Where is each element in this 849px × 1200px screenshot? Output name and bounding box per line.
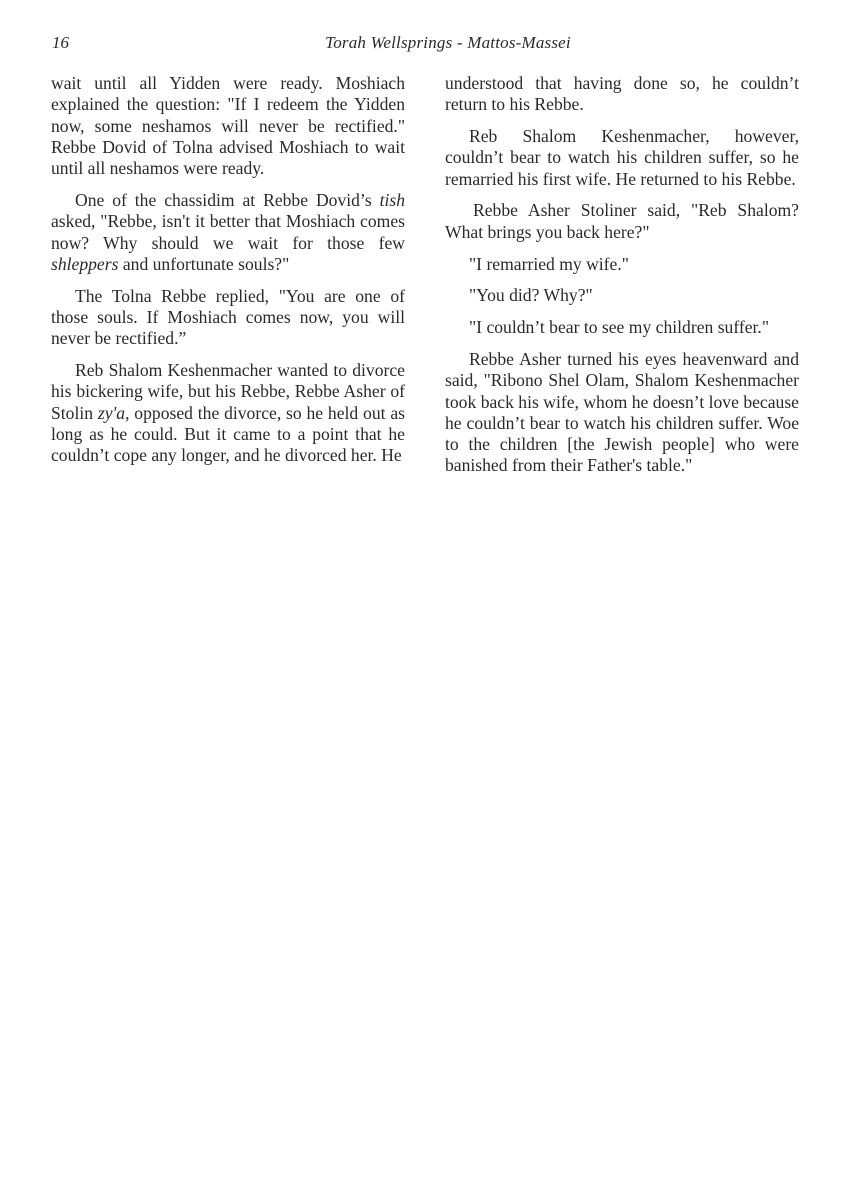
running-header: 16 Torah Wellsprings - Mattos-Massei (50, 33, 800, 59)
paragraph-dialog-3: "I couldn’t bear to see my children suff… (445, 317, 799, 338)
paragraph-continuation: understood that having done so, he could… (445, 73, 799, 116)
paragraph-tolna-reply: The Tolna Rebbe replied, "You are one of… (51, 286, 405, 350)
left-column: wait until all Yidden were ready. Moshia… (51, 73, 405, 477)
paragraph-continuation: wait until all Yidden were ready. Moshia… (51, 73, 405, 179)
paragraph-chassid-question: One of the chassidim at Rebbe Dovid’s ti… (51, 190, 405, 275)
right-column: understood that having done so, he could… (445, 73, 799, 487)
paragraph-remarried: Reb Shalom Keshenmacher, however, couldn… (445, 126, 799, 190)
text-span: One of the chassidim at Rebbe Dovid’s (75, 190, 380, 210)
paragraph-keshenmacher-story: Reb Shalom Keshenmacher wanted to divorc… (51, 360, 405, 466)
book-title: Torah Wellsprings - Mattos-Massei (50, 33, 800, 53)
paragraph-ribono-shel-olam: Rebbe Asher turned his eyes heavenward a… (445, 349, 799, 477)
paragraph-dialog-1: "I remarried my wife." (445, 254, 799, 275)
paragraph-dialog-2: "You did? Why?" (445, 285, 799, 306)
text-span: and unfortunate souls?" (118, 254, 289, 274)
italic-term-tish: tish (380, 190, 405, 210)
text-span: asked, "Rebbe, isn't it better that Mosh… (51, 211, 405, 252)
italic-term-zya: zy'a (98, 403, 125, 423)
italic-term-shleppers: shleppers (51, 254, 118, 274)
paragraph-rebbe-asks: Rebbe Asher Stoliner said, "Reb Shalom? … (445, 200, 799, 243)
